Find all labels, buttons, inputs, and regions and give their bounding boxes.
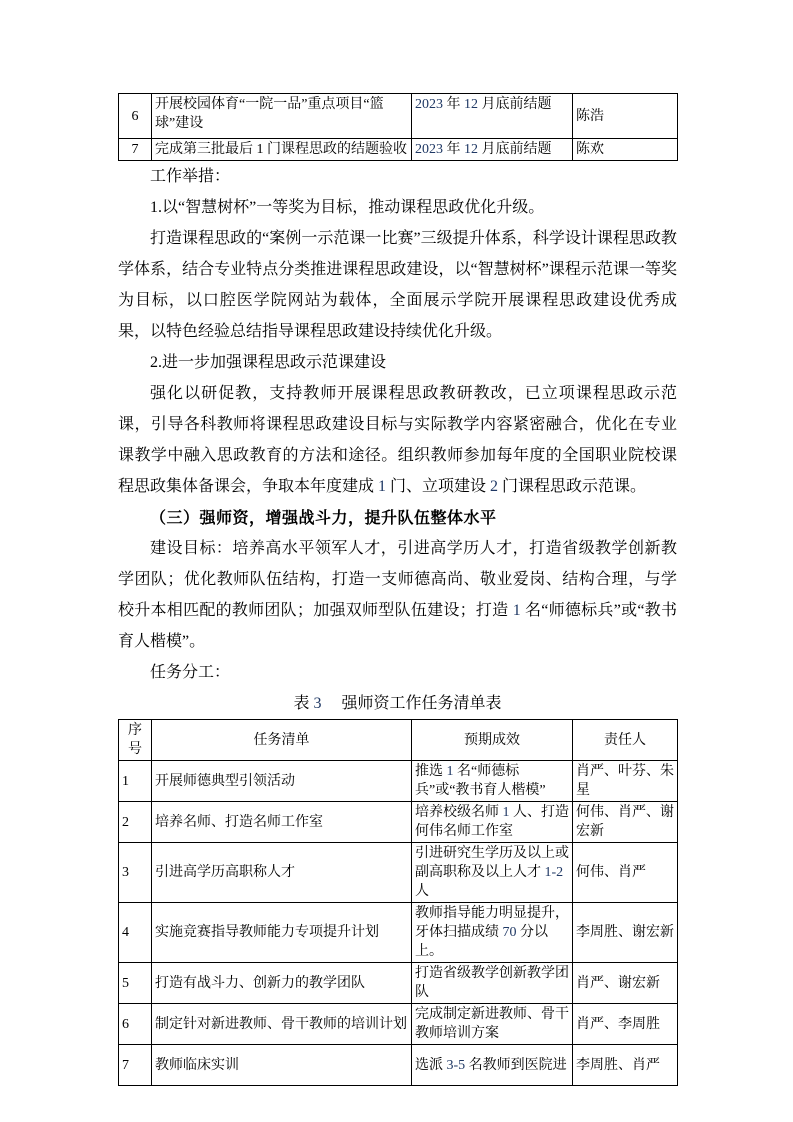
task-cell: 制定针对新进教师、骨干教师的培训计划 (152, 1004, 412, 1045)
table-row: 7 完成第三批最后 1 门课程思政的结题验收 2023 年 12 月底前结题 陈… (119, 139, 678, 161)
person-cell: 李周胜、肖严 (573, 1045, 678, 1086)
row-number-cell: 5 (119, 963, 152, 1004)
row-number-cell: 1 (119, 761, 152, 802)
person-cell: 肖严、叶芬、朱星 (573, 761, 678, 802)
table-row: 6 开展校园体育“一院一品”重点项目“篮球”建设 2023 年 12 月底前结题… (119, 94, 678, 139)
header-expected: 预期成效 (412, 720, 573, 761)
task-cell: 开展校园体育“一院一品”重点项目“篮球”建设 (152, 94, 412, 139)
task-cell: 培养名师、打造名师工作室 (152, 802, 412, 843)
table-row: 2 培养名师、打造名师工作室 培养校级名师 1 人、打造何伟名师工作室 何伟、肖… (119, 802, 678, 843)
continued-task-table: 6 开展校园体育“一院一品”重点项目“篮球”建设 2023 年 12 月底前结题… (118, 93, 678, 161)
person-cell: 何伟、肖严 (573, 843, 678, 903)
expected-cell: 引进研究生学历及以上或副高职称及以上人才 1-2 人 (412, 843, 573, 903)
work-measures-label: 工作举措： (118, 161, 677, 192)
expected-cell: 推选 1 名“师德标兵”或“教书育人楷模” (412, 761, 573, 802)
row-number-cell: 4 (119, 903, 152, 963)
row-number-cell: 7 (119, 139, 152, 161)
task-cell: 完成第三批最后 1 门课程思政的结题验收 (152, 139, 412, 161)
row-number-cell: 6 (119, 94, 152, 139)
header-task: 任务清单 (152, 720, 412, 761)
person-cell: 肖严、谢宏新 (573, 963, 678, 1004)
table-header-row: 序号 任务清单 预期成效 责任人 (119, 720, 678, 761)
list-item-1: 1.以“智慧树杯”一等奖为目标，推动课程思政优化升级。 (118, 192, 677, 223)
expected-cell: 完成制定新进教师、骨干教师培训方案 (412, 1004, 573, 1045)
deadline-cell: 2023 年 12 月底前结题 (412, 139, 573, 161)
teacher-task-table: 序号 任务清单 预期成效 责任人 1 开展师德典型引领活动 推选 1 名“师德标… (118, 719, 678, 1086)
expected-cell: 教师指导能力明显提升，牙体扫描成绩 70 分以上。 (412, 903, 573, 963)
table-row: 1 开展师德典型引领活动 推选 1 名“师德标兵”或“教书育人楷模” 肖严、叶芬… (119, 761, 678, 802)
document-page: 6 开展校园体育“一院一品”重点项目“篮球”建设 2023 年 12 月底前结题… (0, 0, 793, 1122)
paragraph-demo-course: 强化以研促教，支持教师开展课程思政教研教改，已立项课程思政示范课，引导各科教师将… (118, 378, 677, 502)
deadline-cell: 2023 年 12 月底前结题 (412, 94, 573, 139)
section-heading: （三）强师资，增强战斗力，提升队伍整体水平 (118, 502, 677, 533)
person-cell: 陈浩 (573, 94, 678, 139)
row-number-cell: 6 (119, 1004, 152, 1045)
table-row: 6 制定针对新进教师、骨干教师的培训计划 完成制定新进教师、骨干教师培训方案 肖… (119, 1004, 678, 1045)
task-cell: 实施竞赛指导教师能力专项提升计划 (152, 903, 412, 963)
person-cell: 肖严、李周胜 (573, 1004, 678, 1045)
task-division-label: 任务分工： (118, 657, 677, 688)
paragraph-construction-goal: 建设目标：培养高水平领军人才，引进高学历人才，打造省级教学创新教学团队；优化教师… (118, 533, 677, 657)
expected-cell: 打造省级教学创新教学团队 (412, 963, 573, 1004)
table3-caption: 表 3 强师资工作任务清单表 (118, 688, 677, 719)
header-person: 责任人 (573, 720, 678, 761)
expected-cell: 选派 3-5 名教师到医院进 (412, 1045, 573, 1086)
table-row: 3 引进高学历高职称人才 引进研究生学历及以上或副高职称及以上人才 1-2 人 … (119, 843, 678, 903)
task-cell: 开展师德典型引领活动 (152, 761, 412, 802)
list-item-2: 2.进一步加强课程思政示范课建设 (118, 347, 677, 378)
task-cell: 引进高学历高职称人才 (152, 843, 412, 903)
row-number-cell: 3 (119, 843, 152, 903)
person-cell: 李周胜、谢宏新 (573, 903, 678, 963)
paragraph-course-ideology: 打造课程思政的“案例一示范课一比赛”三级提升体系，科学设计课程思政教学体系，结合… (118, 223, 677, 347)
header-no: 序号 (119, 720, 152, 761)
task-cell: 打造有战斗力、创新力的教学团队 (152, 963, 412, 1004)
table-row: 7 教师临床实训 选派 3-5 名教师到医院进 李周胜、肖严 (119, 1045, 678, 1086)
person-cell: 陈欢 (573, 139, 678, 161)
task-cell: 教师临床实训 (152, 1045, 412, 1086)
table-row: 4 实施竞赛指导教师能力专项提升计划 教师指导能力明显提升，牙体扫描成绩 70 … (119, 903, 678, 963)
expected-cell: 培养校级名师 1 人、打造何伟名师工作室 (412, 802, 573, 843)
row-number-cell: 2 (119, 802, 152, 843)
table-row: 5 打造有战斗力、创新力的教学团队 打造省级教学创新教学团队 肖严、谢宏新 (119, 963, 678, 1004)
row-number-cell: 7 (119, 1045, 152, 1086)
person-cell: 何伟、肖严、谢宏新 (573, 802, 678, 843)
page-content: 6 开展校园体育“一院一品”重点项目“篮球”建设 2023 年 12 月底前结题… (118, 93, 677, 1086)
